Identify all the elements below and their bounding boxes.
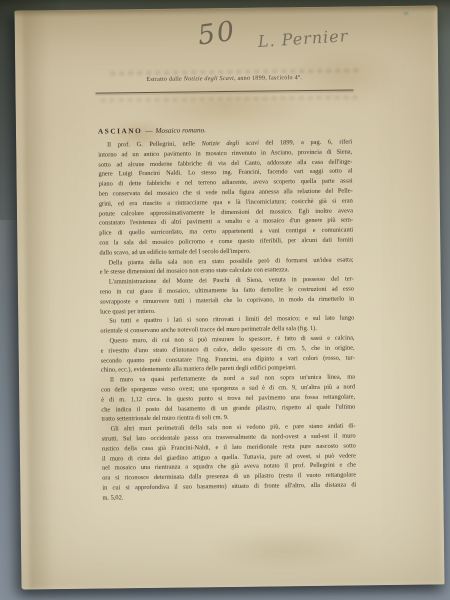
heading-dash: — [142,127,155,135]
horizontal-rule [95,89,353,93]
article-text-block: ASCIANO—Mosaico romano. Il prof. G. Pell… [98,123,357,503]
paper-stain [201,526,372,573]
handwritten-number: 50 [196,16,238,52]
article-body: Il prof. G. Pellegrini, nelle Notizie de… [98,137,356,503]
handwritten-signature: L. Pernier [257,26,349,51]
document-page: 50 L. Pernier Estratto dalle Notizie deg… [14,5,444,589]
heading-subject: Mosaico romano. [155,126,206,135]
photo-backdrop: 50 L. Pernier Estratto dalle Notizie deg… [0,0,450,600]
show-through-text [101,95,361,102]
heading-place-name: ASCIANO [98,127,142,136]
article-heading: ASCIANO—Mosaico romano. [98,123,352,137]
ink-speck [403,11,410,16]
